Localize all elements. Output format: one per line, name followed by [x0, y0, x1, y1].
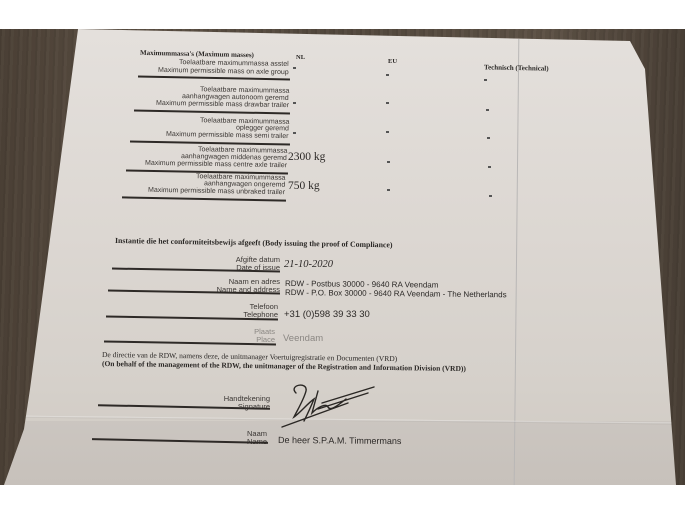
row-label-en: Maximum permissible mass unbraked traile… — [148, 187, 285, 197]
field-value: +31 (0)598 39 33 30 — [284, 309, 370, 320]
technical-value-dash — [484, 79, 487, 81]
paper-sheet: Maximummassa's (Maximum masses) NL EU Te… — [0, 29, 685, 485]
eu-value-dash — [387, 189, 390, 191]
vertical-fold-line — [514, 39, 520, 485]
eu-value-dash — [386, 102, 389, 104]
statement-en: (On behalf of the management of the RDW,… — [102, 359, 466, 373]
nl-value-dash — [293, 102, 296, 104]
paper-lower-fold-panel — [0, 421, 685, 485]
nl-value-dash — [293, 132, 296, 134]
nl-value: 750 kg — [288, 180, 320, 192]
field-value: Veendam — [283, 333, 323, 344]
technical-value-dash — [488, 166, 491, 168]
signature-icon — [278, 383, 378, 429]
row-underline — [122, 196, 286, 201]
field-value: De heer S.P.A.M. Timmermans — [278, 435, 401, 446]
document-photo: Maximummassa's (Maximum masses) NL EU Te… — [0, 29, 685, 485]
column-eu-header: EU — [388, 58, 397, 65]
column-technical-header: Technisch (Technical) — [484, 63, 549, 72]
row-underline — [134, 110, 290, 114]
row-label-en: Maximum permissible mass centre axle tra… — [145, 160, 287, 170]
field-value-line-2: RDW - P.O. Box 30000 - 9640 RA Veendam -… — [285, 288, 507, 299]
eu-value-dash — [387, 161, 390, 163]
field-value: 21-10-2020 — [284, 259, 333, 270]
technical-value-dash — [486, 109, 489, 111]
nl-value-dash — [293, 67, 296, 69]
row-label-en: Maximum permissible mass semi trailer — [166, 131, 289, 141]
nl-value: 2300 kg — [288, 151, 325, 163]
row-label-en: Maximum permissible mass drawbar trailer — [156, 100, 289, 110]
field-underline — [104, 340, 276, 345]
eu-value-dash — [386, 131, 389, 133]
row-underline — [130, 140, 290, 145]
technical-value-dash — [489, 195, 492, 197]
issuer-heading: Instantie die het conformiteitsbewijs af… — [115, 236, 393, 249]
column-nl-header: NL — [296, 54, 305, 61]
masses-heading: Maximummassa's (Maximum masses) — [140, 49, 254, 59]
technical-value-dash — [487, 137, 490, 139]
eu-value-dash — [386, 74, 389, 76]
